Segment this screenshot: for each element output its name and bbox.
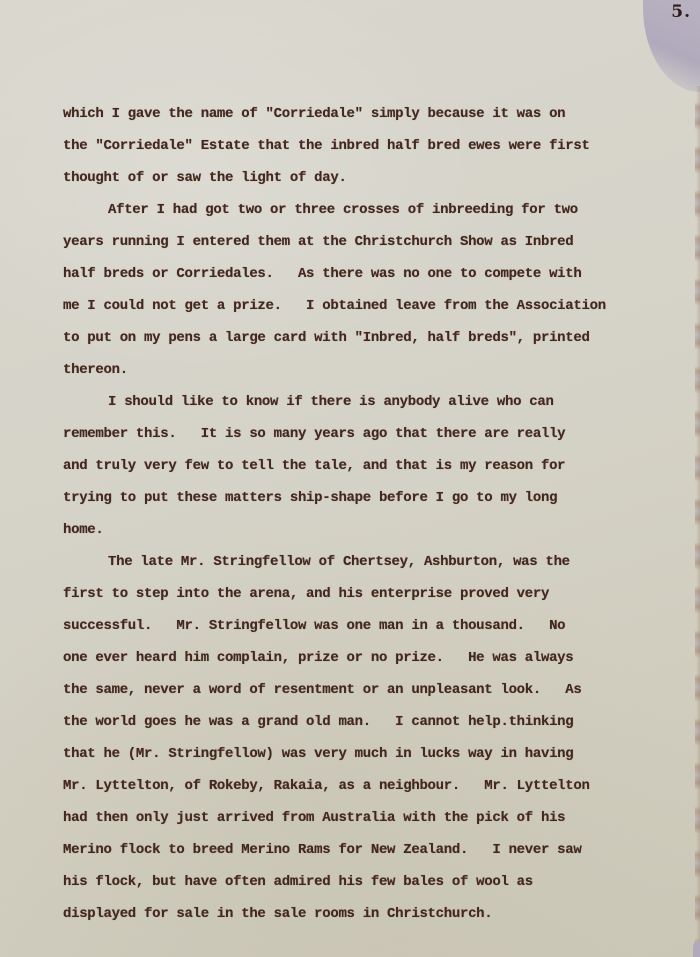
typescript-line: first to step into the arena, and his en… (63, 578, 673, 610)
typescript-line: remember this. It is so many years ago t… (63, 418, 673, 450)
typescript-line: me I could not get a prize. I obtained l… (63, 290, 673, 322)
typescript-line: the world goes he was a grand old man. I… (63, 706, 673, 738)
typescript-line: home. (63, 514, 673, 546)
typescript-line: his flock, but have often admired his fe… (63, 866, 673, 898)
page-number: 5. (671, 2, 691, 22)
page-binding-edge (695, 86, 700, 957)
typescript-line: had then only just arrived from Australi… (63, 802, 673, 834)
typescript-line: The late Mr. Stringfellow of Chertsey, A… (63, 546, 673, 578)
typescript-line: Mr. Lyttelton, of Rokeby, Rakaia, as a n… (63, 770, 673, 802)
typescript-line: displayed for sale in the sale rooms in … (63, 898, 673, 930)
typescript-text: which I gave the name of "Corriedale" si… (63, 98, 673, 930)
typescript-line: Merino flock to breed Merino Rams for Ne… (63, 834, 673, 866)
typescript-line: to put on my pens a large card with "Inb… (63, 322, 673, 354)
typescript-line: the same, never a word of resentment or … (63, 674, 673, 706)
typescript-line: the "Corriedale" Estate that the inbred … (63, 130, 673, 162)
typescript-line: half breds or Corriedales. As there was … (63, 258, 673, 290)
typescript-line: trying to put these matters ship-shape b… (63, 482, 673, 514)
typescript-line: years running I entered them at the Chri… (63, 226, 673, 258)
typescript-line: which I gave the name of "Corriedale" si… (63, 98, 673, 130)
typescript-line: After I had got two or three crosses of … (63, 194, 673, 226)
page-corner-bottom-shadow (693, 941, 700, 957)
document-page: 5. which I gave the name of "Corriedale"… (0, 0, 700, 957)
typescript-line: one ever heard him complain, prize or no… (63, 642, 673, 674)
typescript-line: that he (Mr. Stringfellow) was very much… (63, 738, 673, 770)
typescript-line: I should like to know if there is anybod… (63, 386, 673, 418)
typescript-line: thought of or saw the light of day. (63, 162, 673, 194)
typescript-line: successful. Mr. Stringfellow was one man… (63, 610, 673, 642)
typescript-line: thereon. (63, 354, 673, 386)
typescript-line: and truly very few to tell the tale, and… (63, 450, 673, 482)
